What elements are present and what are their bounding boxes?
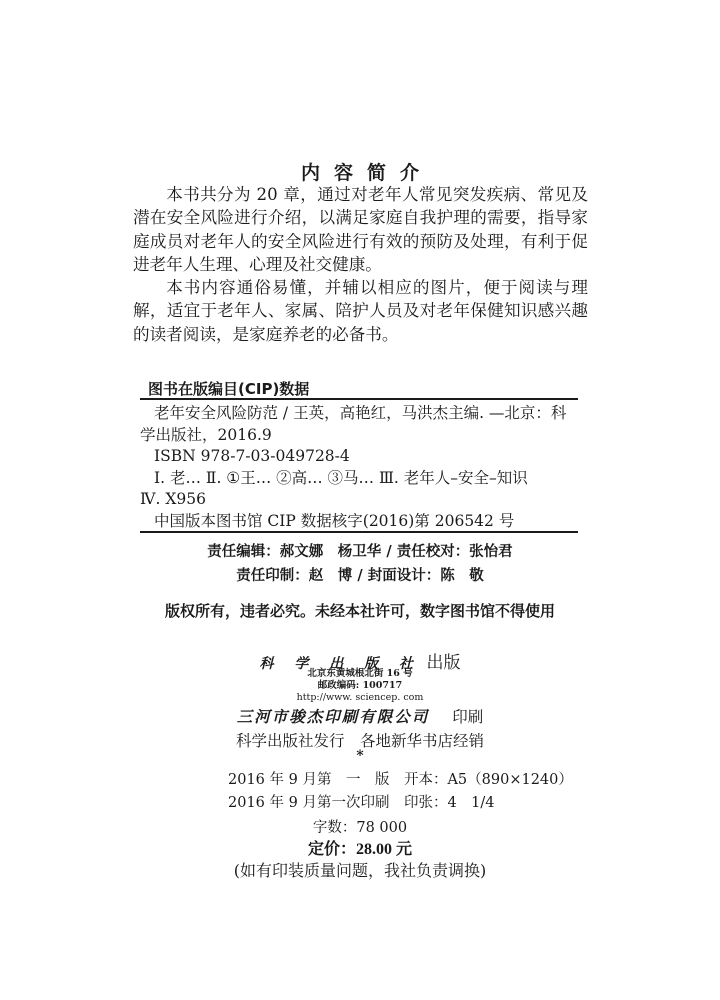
cip-heading: 图书在版编目(CIP)数据 — [148, 378, 309, 399]
cip-record: 老年安全风险防范 / 王英，高艳红，马洪杰主编. —北京：科 学出版社，2016… — [140, 403, 580, 532]
printer-name: 三河市骏杰印刷有限公司 — [237, 707, 430, 726]
publisher-address: 北京东黄城根北街 16 号 — [0, 668, 720, 680]
cip-top-rule — [140, 398, 578, 400]
copyright-notice: 版权所有，违者必究。未经本社许可，数字图书馆不得使用 — [0, 600, 720, 621]
credits: 责任编辑：郝文娜 杨卫华 / 责任校对：张怡君 责任印制：赵 博 / 封面设计：… — [0, 540, 720, 588]
abstract-body: 本书共分为 20 章，通过对老年人常见突发疾病、常见及潜在安全风险进行介绍，以满… — [133, 183, 588, 346]
price-label: 定价： — [308, 839, 356, 858]
price: 定价：28.00 元 — [0, 836, 720, 859]
printer-suffix: 印刷 — [452, 708, 483, 726]
cip-record-number: 中国版本图书馆 CIP 数据核字(2016)第 206542 号 — [140, 511, 580, 533]
cip-subject-line: Ⅰ. 老… Ⅱ. ①王… ②高… ③马… Ⅲ. 老年人–安全–知识 — [140, 468, 580, 490]
abstract-paragraph: 本书内容通俗易懂，并辅以相应的图片，便于阅读与理解，适宜于老年人、家属、陪护人员… — [133, 276, 588, 346]
publisher-url: http://www. sciencep. com — [0, 692, 720, 704]
abstract-paragraph: 本书共分为 20 章，通过对老年人常见突发疾病、常见及潜在安全风险进行介绍，以满… — [133, 183, 588, 276]
replacement-notice: (如有印装质量问题，我社负责调换) — [0, 858, 720, 881]
cip-publisher-line: 学出版社，2016.9 — [140, 425, 580, 447]
price-value: 28.00 元 — [356, 841, 412, 858]
publisher-zip: 邮政编码: 100717 — [0, 680, 720, 692]
cip-classification: Ⅳ. X956 — [140, 489, 580, 511]
editor-credits: 责任编辑：郝文娜 杨卫华 / 责任校对：张怡君 — [0, 540, 720, 564]
production-credits: 责任印制：赵 博 / 封面设计：陈 敬 — [0, 564, 720, 588]
word-count: 字数：78 000 — [0, 816, 720, 837]
printing-info: 2016 年 9 月第一次印刷 印张：4 1/4 — [228, 793, 495, 813]
printer-line: 三河市骏杰印刷有限公司 印刷 — [0, 705, 720, 727]
cip-isbn: ISBN 978-7-03-049728-4 — [140, 446, 580, 468]
edition-info: 2016 年 9 月第 一 版 开本：A5（890×1240） — [228, 770, 573, 790]
separator-star: * — [0, 748, 720, 764]
cip-title-line: 老年安全风险防范 / 王英，高艳红，马洪杰主编. —北京：科 — [140, 403, 580, 425]
abstract-title: 内容简介 — [0, 158, 720, 185]
cip-bottom-rule — [140, 531, 578, 533]
